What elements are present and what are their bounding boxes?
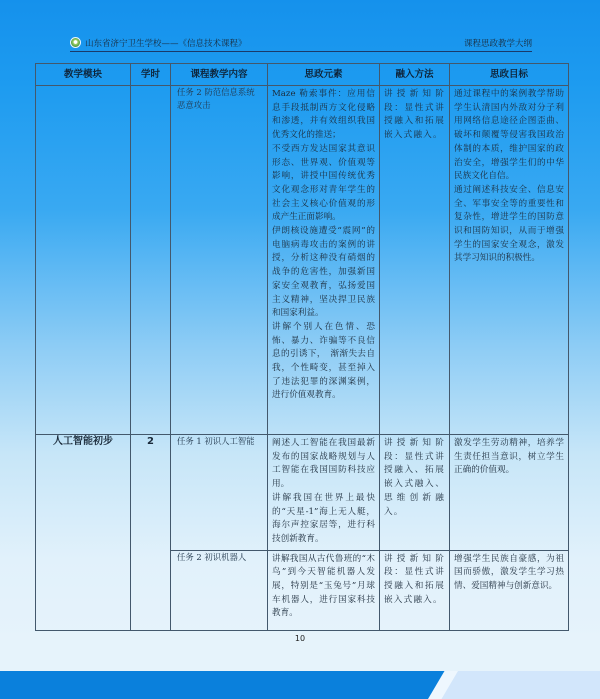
method-cell: 讲授新知阶段：显性式讲授融入、拓展嵌入式融入、思维创新融入。 <box>380 435 450 551</box>
column-header-method: 融入方法 <box>380 64 450 86</box>
goal-paragraph: 激发学生劳动精神，培养学生责任担当意识，树立学生正确的价值观。 <box>454 437 564 478</box>
goal-paragraph: 增强学生民族自豪感，为祖国而骄傲，激发学生学习热情、爱国精神与创新意识。 <box>454 553 564 594</box>
hours-cell <box>131 86 171 435</box>
table-header-row: 教学模块 学时 课程教学内容 思政元素 融入方法 思政目标 <box>36 64 569 86</box>
goal-cell: 激发学生劳动精神，培养学生责任担当意识，树立学生正确的价值观。 <box>450 435 569 551</box>
document-subtitle: 课程思政教学大纲 <box>464 37 532 49</box>
task-cell: 任务 1 初识人工智能 <box>171 435 268 551</box>
element-paragraph: 伊朗核设施遭受“震网”的电脑病毒攻击的案例的讲授，分析这种没有硝烟的战争的危害性… <box>272 225 375 321</box>
document-title: 山东省济宁卫生学校——《信息技术课程》 <box>85 37 247 49</box>
goal-paragraph: 通过课程中的案例教学帮助学生认清国内外敌对分子利用网络信息途径企图歪曲、破坏和颠… <box>454 88 564 184</box>
column-header-elements: 思政元素 <box>268 64 380 86</box>
table-row: 人工智能初步 2 任务 1 初识人工智能 阐述人工智能在我国最新发布的国家战略规… <box>36 435 569 551</box>
element-cell: 讲解我国从古代鲁班的“木鸟”到今天智能机器人发展，特别是“玉兔号”月球车机器人，… <box>268 550 380 630</box>
element-paragraph: 阐述人工智能在我国最新发布的国家战略规划与人工智能在我国国防科技应用。 <box>272 437 375 492</box>
task-cell: 任务 2 初识机器人 <box>171 550 268 630</box>
element-paragraph: 讲解我国从古代鲁班的“木鸟”到今天智能机器人发展，特别是“玉兔号”月球车机器人，… <box>272 553 375 622</box>
footer-blue-band <box>0 671 446 699</box>
page-number: 10 <box>0 634 600 643</box>
column-header-hours: 学时 <box>131 64 171 86</box>
table-row: 任务 2 防范信息系统恶意攻击 Maze 勒索事件：应用信息手段抵制西方文化侵略… <box>36 86 569 435</box>
school-logo-icon <box>70 37 81 48</box>
page-header: 山东省济宁卫生学校——《信息技术课程》 课程思政教学大纲 <box>70 34 532 52</box>
element-paragraph: 讲解个别人在色情、恐怖、暴力、诈骗等不良信息的引诱下， 渐渐失去自我，个性畸变，… <box>272 321 375 403</box>
column-header-content: 课程教学内容 <box>171 64 268 86</box>
element-paragraph: 不受西方发达国家其意识形态、世界观、价值观等影响，讲授中国传统优秀文化观念形对青… <box>272 143 375 225</box>
hours-cell: 2 <box>131 435 171 631</box>
element-cell: 阐述人工智能在我国最新发布的国家战略规划与人工智能在我国国防科技应用。 讲解我国… <box>268 435 380 551</box>
goal-cell: 通过课程中的案例教学帮助学生认清国内外敌对分子利用网络信息途径企图歪曲、破坏和颠… <box>450 86 569 435</box>
column-header-goal: 思政目标 <box>450 64 569 86</box>
element-cell: Maze 勒索事件：应用信息手段抵制西方文化侵略和渗透，并有效组织我国优秀文化的… <box>268 86 380 435</box>
module-cell: 人工智能初步 <box>36 435 131 631</box>
syllabus-table: 教学模块 学时 课程教学内容 思政元素 融入方法 思政目标 任务 2 防范信息系… <box>35 63 569 631</box>
goal-cell: 增强学生民族自豪感，为祖国而骄傲，激发学生学习热情、爱国精神与创新意识。 <box>450 550 569 630</box>
header-left: 山东省济宁卫生学校——《信息技术课程》 <box>70 37 247 49</box>
element-paragraph: Maze 勒索事件：应用信息手段抵制西方文化侵略和渗透，并有效组织我国优秀文化的… <box>272 88 375 143</box>
column-header-module: 教学模块 <box>36 64 131 86</box>
element-paragraph: 讲解我国在世界上最快的“天星-1”海上无人艇，海尔声控家居等，进行科技创新教育。 <box>272 492 375 547</box>
goal-paragraph: 通过阐述科技安全、信息安全、军事安全等的重要性和复杂性，增进学生的国防意识和国防… <box>454 184 564 266</box>
method-cell: 讲授新知阶段：显性式讲授融入和拓展嵌入式融入。 <box>380 86 450 435</box>
module-cell <box>36 86 131 435</box>
task-cell: 任务 2 防范信息系统恶意攻击 <box>171 86 268 435</box>
method-cell: 讲授新知阶段：显性式讲授融入和拓展嵌入式融入。 <box>380 550 450 630</box>
